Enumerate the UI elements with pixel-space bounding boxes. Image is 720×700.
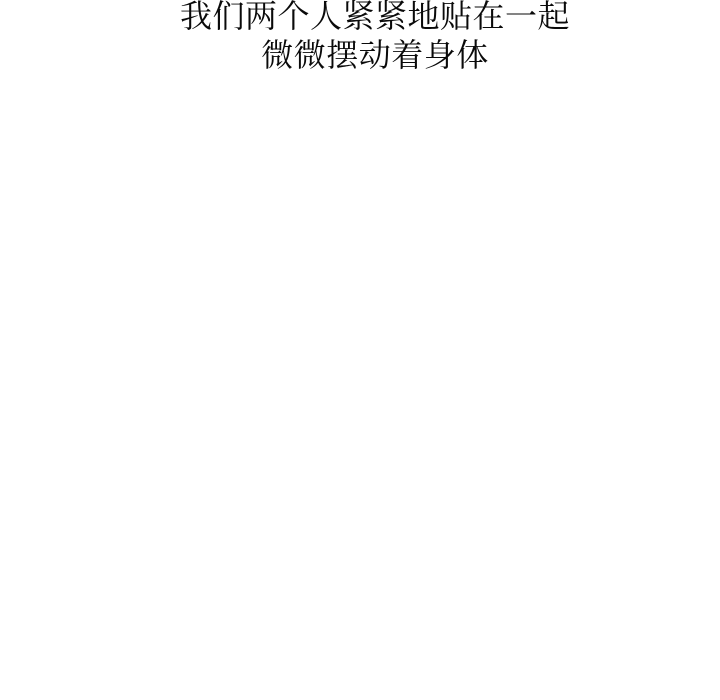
caption-line-2: 微微摆动着身体 [30, 36, 720, 75]
comic-page: 我们两个人紧紧地贴在一起 微微摆动着身体 [0, 0, 720, 700]
caption-text: 我们两个人紧紧地贴在一起 微微摆动着身体 [0, 0, 720, 75]
caption-line-1: 我们两个人紧紧地贴在一起 [30, 0, 720, 36]
